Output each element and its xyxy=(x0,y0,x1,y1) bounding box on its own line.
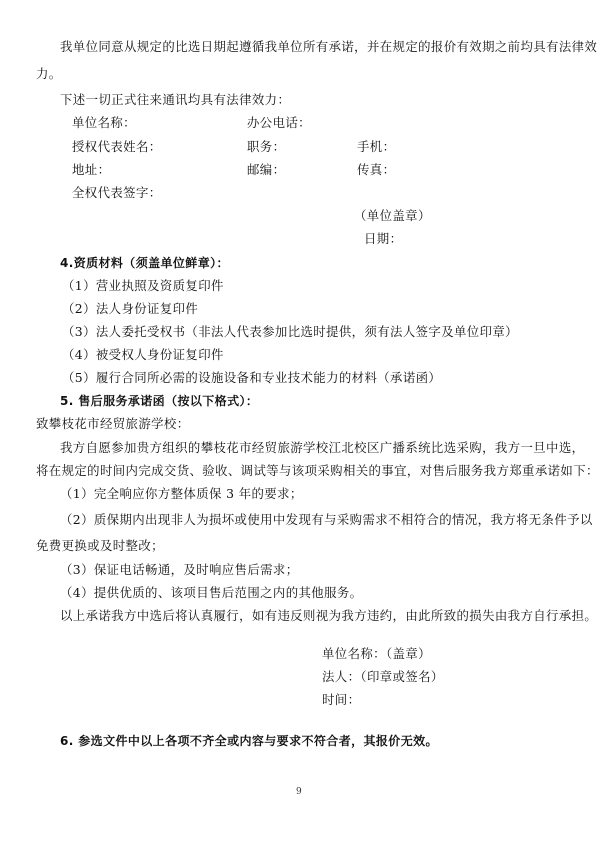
section-4-item-1: （1）营业执照及资质复印件 xyxy=(62,278,224,294)
section-5-item-4: （4）提供优质的、该项目售后范围之内的其他服务。 xyxy=(60,585,362,601)
section-5-item-3: （3）保证电话畅通，及时响应售后需求； xyxy=(60,562,299,578)
label-full-rep-signature: 全权代表签字： xyxy=(72,185,162,201)
label-unit-name: 单位名称： xyxy=(72,115,136,131)
label-date: 日期： xyxy=(364,231,402,247)
section-4-heading: 4.资质材料（须盖单位鲜章）： xyxy=(60,255,229,271)
section-4-item-5: （5）履行合同所必需的设施设备和专业技术能力的材料（承诺函） xyxy=(62,370,441,386)
section-5-body-line-1: 我方自愿参加贵方组织的攀枝花市经贸旅游学校江北校区广播系统比选采购，我方一旦中选… xyxy=(60,440,584,456)
section-4-item-3: （3）法人委托受权书（非法人代表参加比选时提供，须有法人签字及单位印章） xyxy=(62,324,518,340)
section-5-item-1: （1）完全响应你方整体质保 3 年的要求； xyxy=(60,486,303,502)
intro-paragraph-2: 下述一切正式往来通讯均具有法律效力： xyxy=(60,92,290,108)
section-4-item-2: （2）法人身份证复印件 xyxy=(62,301,198,317)
signature-time: 时间： xyxy=(322,692,360,708)
label-address: 地址： xyxy=(72,162,110,178)
section-5-body-line-2: 将在规定的时间内完成交货、验收、调试等与该项采购相关的事宜，对售后服务我方郑重承… xyxy=(36,463,599,479)
label-postcode: 邮编： xyxy=(247,162,285,178)
label-fax: 传真： xyxy=(357,162,395,178)
signature-unit-name: 单位名称：（盖章） xyxy=(322,646,431,662)
label-position: 职务： xyxy=(247,139,285,155)
label-office-phone: 办公电话： xyxy=(247,115,311,131)
intro-paragraph-line-1: 我单位同意从规定的比选日期起遵循我单位所有承诺，并在规定的报价有效期之前均具有法… xyxy=(60,39,597,55)
section-5-item-2: （2）质保期内出现非人为损坏或使用中发现有与采购需求不相符合的情况，我方将无条件… xyxy=(60,512,593,528)
section-4-item-4: （4）被受权人身份证复印件 xyxy=(62,347,224,363)
section-5-heading: 5. 售后服务承诺函（按以下格式）： xyxy=(60,393,258,409)
section-5-salutation: 致攀枝花市经贸旅游学校： xyxy=(36,416,190,432)
signature-legal-rep: 法人：（印章或签名） xyxy=(322,669,444,685)
label-mobile: 手机： xyxy=(357,139,395,155)
intro-paragraph-line-2: 力。 xyxy=(36,66,62,82)
section-6-statement: 6. 参选文件中以上各项不齐全或内容与要求不符合者，其报价无效。 xyxy=(60,733,438,749)
label-unit-seal: （单位盖章） xyxy=(354,208,431,224)
section-5-closing: 以上承诺我方中选后将认真履行，如有违反则视为我方违约，由此所致的损失由我方自行承… xyxy=(60,608,597,624)
section-5-item-2-continued: 免费更换或及时整改； xyxy=(36,538,164,554)
page-number: 9 xyxy=(296,786,302,798)
label-authorized-rep-name: 授权代表姓名： xyxy=(72,139,162,155)
